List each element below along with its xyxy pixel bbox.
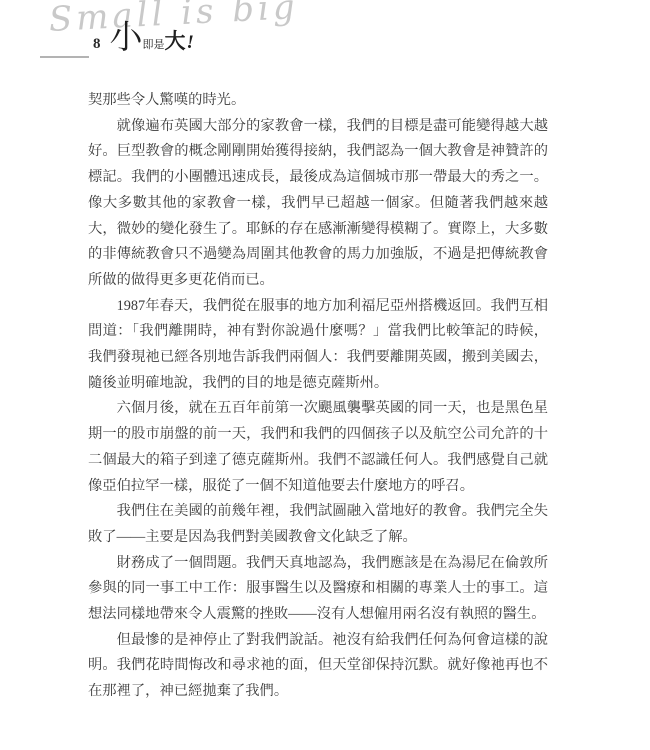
paragraph: 1987年春天，我們從在服事的地方加利福尼亞州搭機返回。我們互相問道：「我們離開… (88, 294, 548, 397)
page-body: 契那些令人驚嘆的時光。 就像遍布英國大部分的家教會一樣，我們的目標是盡可能變得越… (88, 88, 548, 705)
chapter-header: 8 小 即是 大 ! (93, 22, 194, 60)
chapter-title-char-big: 大 (165, 25, 186, 55)
chapter-title-char-small: 小 (110, 22, 143, 55)
chapter-title-exclaim: ! (187, 32, 194, 54)
paragraph-continuation: 契那些令人驚嘆的時光。 (88, 88, 548, 114)
header-underline-rule (40, 56, 89, 58)
paragraph: 財務成了一個問題。我們天真地認為，我們應該是在為湯尼在倫敦所參與的同一事工中工作… (88, 551, 548, 628)
paragraph: 就像遍布英國大部分的家教會一樣，我們的目標是盡可能變得越大越好。巨型教會的概念剛… (88, 114, 548, 294)
page-number: 8 (93, 36, 101, 53)
chapter-title-mid: 即是 (143, 36, 165, 52)
paragraph: 六個月後，就在五百年前第一次颶風襲擊英國的同一天，也是黑色星期一的股市崩盤的前一… (88, 396, 548, 499)
paragraph: 我們住在美國的前幾年裡，我們試圖融入當地好的教會。我們完全失敗了——主要是因為我… (88, 499, 548, 550)
book-page: Small is big 8 小 即是 大 ! 契那些令人驚嘆的時光。 就像遍布… (0, 0, 650, 750)
paragraph: 但最慘的是神停止了對我們說話。祂沒有給我們任何為何會這樣的說明。我們花時間悔改和… (88, 628, 548, 705)
